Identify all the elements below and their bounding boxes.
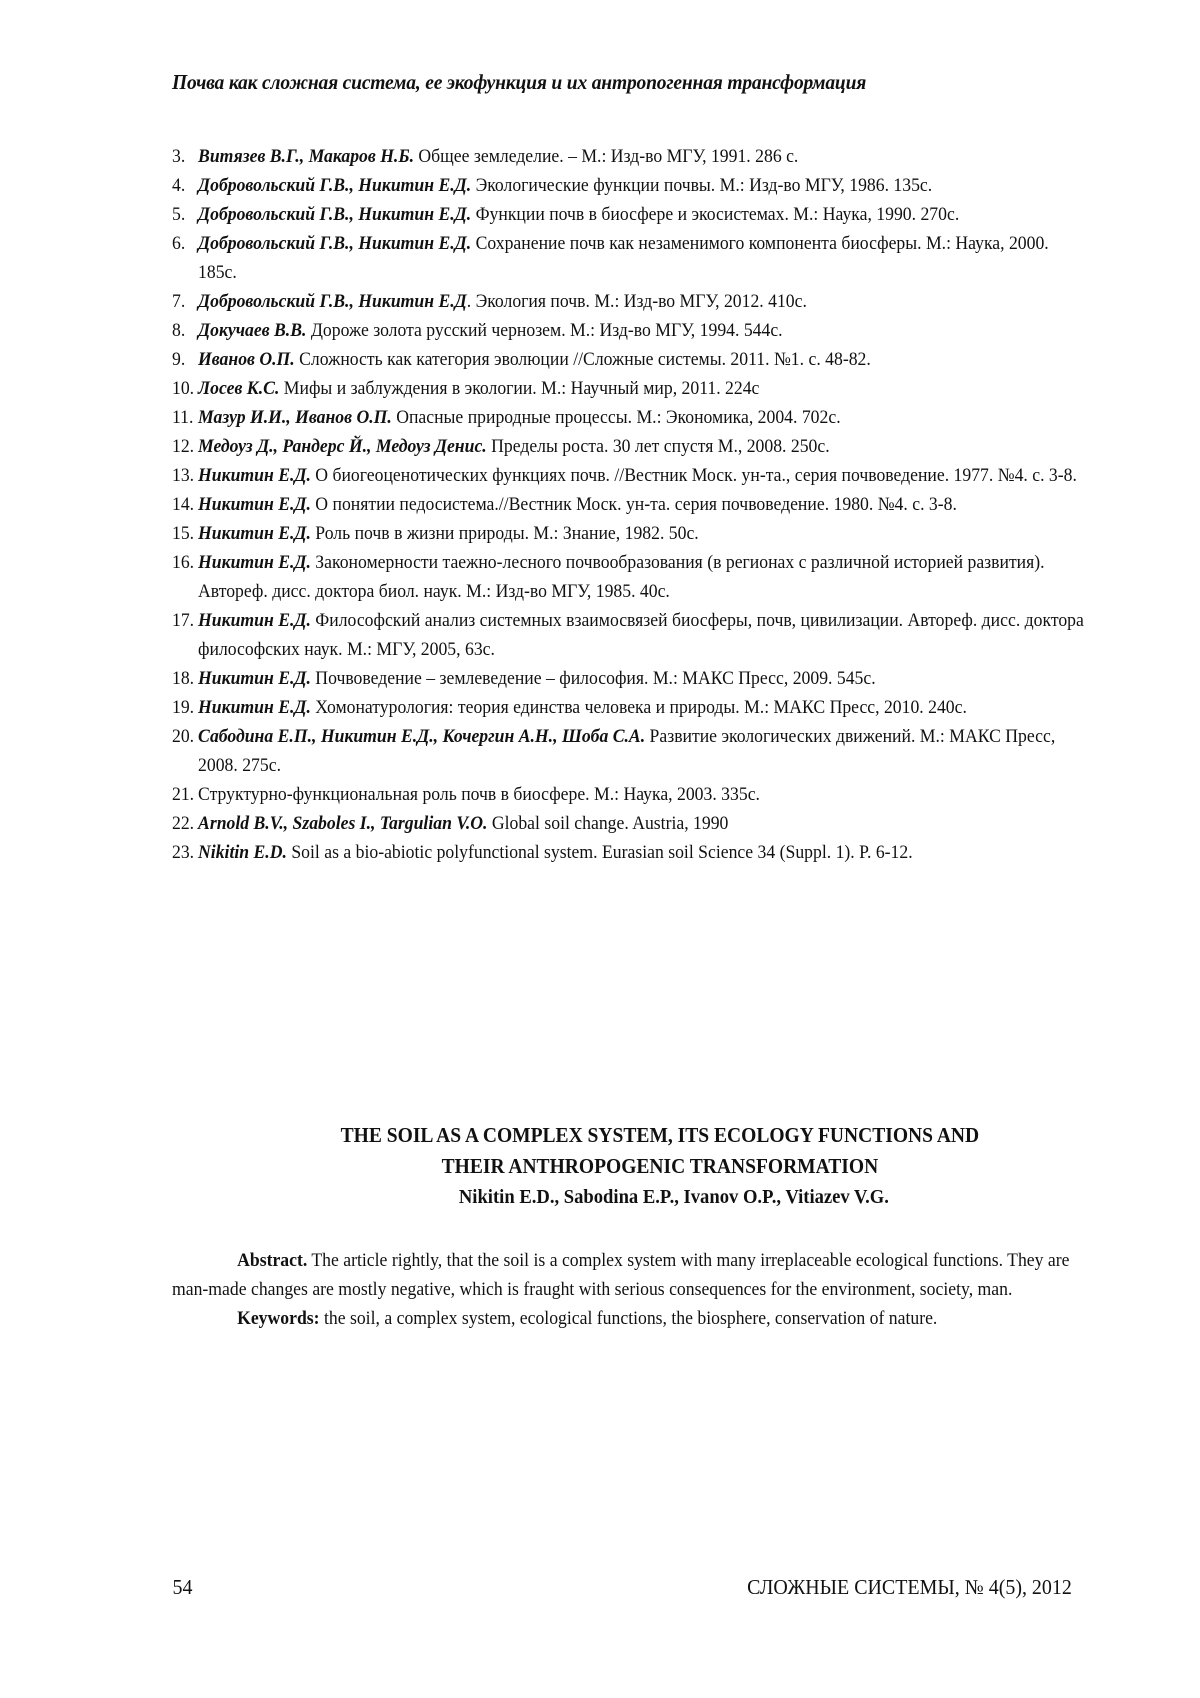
reference-text: О понятии педосистема.//Вестник Моск. ун… xyxy=(311,494,957,515)
reference-number: 20. xyxy=(172,722,194,751)
reference-item: 23.Nikitin E.D. Soil as a bio-abiotic po… xyxy=(172,838,1091,867)
reference-number: 15. xyxy=(172,519,194,548)
reference-item: 6.Добровольский Г.В., Никитин Е.Д. Сохра… xyxy=(172,229,1091,287)
reference-item: 11.Мазур И.И., Иванов О.П. Опасные приро… xyxy=(172,403,1091,432)
reference-item: 8.Докучаев В.В. Дороже золота русский че… xyxy=(172,316,1091,345)
reference-authors: Медоуз Д., Рандерс Й., Медоуз Денис. xyxy=(198,436,487,457)
reference-number: 17. xyxy=(172,606,194,635)
reference-authors: Nikitin E.D. xyxy=(198,842,287,863)
reference-number: 14. xyxy=(172,490,194,519)
reference-number: 23. xyxy=(172,838,194,867)
page-footer: 54 СЛОЖНЫЕ СИСТЕМЫ, № 4(5), 2012 xyxy=(172,1575,1072,1600)
english-summary: THE SOIL AS A COMPLEX SYSTEM, ITS ECOLOG… xyxy=(172,1120,1092,1213)
reference-item: 20.Сабодина Е.П., Никитин Е.Д., Кочергин… xyxy=(172,722,1091,780)
reference-number: 5. xyxy=(172,200,185,229)
reference-number: 4. xyxy=(172,171,185,200)
reference-item: 5.Добровольский Г.В., Никитин Е.Д. Функц… xyxy=(172,200,1091,229)
english-title-line-2: THEIR ANTHROPOGENIC TRANSFORMATION xyxy=(204,1151,1060,1182)
reference-authors: Добровольский Г.В., Никитин Е.Д xyxy=(198,291,467,312)
reference-text: Опасные природные процессы. М.: Экономик… xyxy=(392,407,841,428)
reference-authors: Добровольский Г.В., Никитин Е.Д. xyxy=(198,175,471,196)
reference-authors: Витязев В.Г., Макаров Н.Б. xyxy=(198,146,414,167)
reference-number: 16. xyxy=(172,548,194,577)
reference-text: Пределы роста. 30 лет спустя М., 2008. 2… xyxy=(487,436,830,457)
reference-authors: Никитин Е.Д. xyxy=(198,697,311,718)
reference-item: 21.Структурно-функциональная роль почв в… xyxy=(172,780,1091,809)
reference-item: 12.Медоуз Д., Рандерс Й., Медоуз Денис. … xyxy=(172,432,1091,461)
abstract-paragraph: Abstract. The article rightly, that the … xyxy=(172,1246,1074,1304)
reference-list: 3.Витязев В.Г., Макаров Н.Б. Общее земле… xyxy=(172,142,1092,867)
reference-text: Почвоведение – землеведение – философия.… xyxy=(311,668,876,689)
reference-authors: Никитин Е.Д. xyxy=(198,465,311,486)
reference-number: 11. xyxy=(172,403,193,432)
abstract-label: Abstract. xyxy=(237,1250,307,1271)
reference-text: Дороже золота русский чернозем. М.: Изд-… xyxy=(306,320,782,341)
reference-authors: Никитин Е.Д. xyxy=(198,552,311,573)
reference-number: 22. xyxy=(172,809,194,838)
reference-number: 8. xyxy=(172,316,185,345)
reference-item: 14.Никитин Е.Д. О понятии педосистема.//… xyxy=(172,490,1091,519)
reference-text: Философский анализ системных взаимосвязе… xyxy=(198,610,1084,660)
reference-item: 13.Никитин Е.Д. О биогеоценотических фун… xyxy=(172,461,1091,490)
reference-text: . Экология почв. М.: Изд-во МГУ, 2012. 4… xyxy=(467,291,807,312)
reference-authors: Добровольский Г.В., Никитин Е.Д. xyxy=(198,233,471,254)
reference-number: 13. xyxy=(172,461,194,490)
reference-authors: Мазур И.И., Иванов О.П. xyxy=(198,407,392,428)
english-title-line-1: THE SOIL AS A COMPLEX SYSTEM, ITS ECOLOG… xyxy=(204,1120,1060,1151)
reference-number: 3. xyxy=(172,142,185,171)
abstract-block: Abstract. The article rightly, that the … xyxy=(172,1246,1074,1333)
reference-text: Закономерности таежно-лесного почвообраз… xyxy=(198,552,1045,602)
reference-item: 19.Никитин Е.Д. Хомонатурология: теория … xyxy=(172,693,1091,722)
reference-text: Хомонатурология: теория единства человек… xyxy=(311,697,967,718)
reference-item: 7.Добровольский Г.В., Никитин Е.Д. Эколо… xyxy=(172,287,1091,316)
reference-text: Global soil change. Austria, 1990 xyxy=(487,813,728,834)
reference-authors: Arnold B.V., Szaboles I., Targulian V.O. xyxy=(198,813,487,834)
reference-text: О биогеоценотических функциях почв. //Ве… xyxy=(311,465,1077,486)
reference-text: Сложность как категория эволюции //Сложн… xyxy=(295,349,871,370)
reference-item: 16.Никитин Е.Д. Закономерности таежно-ле… xyxy=(172,548,1091,606)
reference-item: 22.Arnold B.V., Szaboles I., Targulian V… xyxy=(172,809,1091,838)
reference-item: 15.Никитин Е.Д. Роль почв в жизни природ… xyxy=(172,519,1091,548)
reference-text: Общее земледелие. – М.: Изд-во МГУ, 1991… xyxy=(414,146,798,167)
reference-authors: Добровольский Г.В., Никитин Е.Д. xyxy=(198,204,471,225)
abstract-text: The article rightly, that the soil is a … xyxy=(172,1250,1069,1300)
reference-item: 18.Никитин Е.Д. Почвоведение – землеведе… xyxy=(172,664,1091,693)
reference-text: Экологические функции почвы. М.: Изд-во … xyxy=(471,175,932,196)
reference-number: 10. xyxy=(172,374,194,403)
reference-text: Мифы и заблуждения в экологии. М.: Научн… xyxy=(279,378,759,399)
reference-authors: Докучаев В.В. xyxy=(198,320,306,341)
reference-text: Soil as a bio-abiotic polyfunctional sys… xyxy=(287,842,913,863)
reference-number: 18. xyxy=(172,664,194,693)
keywords-label: Keywords: xyxy=(237,1308,319,1329)
reference-authors: Лосев К.С. xyxy=(198,378,279,399)
reference-text: Структурно-функциональная роль почв в би… xyxy=(198,784,760,805)
reference-item: 4.Добровольский Г.В., Никитин Е.Д. Эколо… xyxy=(172,171,1091,200)
reference-text: Роль почв в жизни природы. М.: Знание, 1… xyxy=(311,523,699,544)
reference-authors: Никитин Е.Д. xyxy=(198,494,311,515)
reference-number: 9. xyxy=(172,345,185,374)
reference-number: 7. xyxy=(172,287,185,316)
english-authors: Nikitin E.D., Sabodina E.P., Ivanov O.P.… xyxy=(204,1182,1060,1213)
page-number: 54 xyxy=(173,1575,193,1600)
reference-number: 12. xyxy=(172,432,194,461)
journal-issue: СЛОЖНЫЕ СИСТЕМЫ, № 4(5), 2012 xyxy=(747,1575,1072,1600)
reference-number: 19. xyxy=(172,693,194,722)
reference-authors: Сабодина Е.П., Никитин Е.Д., Кочергин А.… xyxy=(198,726,645,747)
reference-item: 10.Лосев К.С. Мифы и заблуждения в эколо… xyxy=(172,374,1091,403)
reference-item: 17.Никитин Е.Д. Философский анализ систе… xyxy=(172,606,1091,664)
reference-authors: Никитин Е.Д. xyxy=(198,668,311,689)
reference-number: 6. xyxy=(172,229,185,258)
reference-text: Функции почв в биосфере и экосистемах. М… xyxy=(471,204,959,225)
reference-authors: Никитин Е.Д. xyxy=(198,523,311,544)
reference-item: 3.Витязев В.Г., Макаров Н.Б. Общее земле… xyxy=(172,142,1091,171)
running-title: Почва как сложная система, ее экофункция… xyxy=(172,70,1009,95)
keywords-text: the soil, a complex system, ecological f… xyxy=(320,1308,938,1329)
reference-authors: Иванов О.П. xyxy=(198,349,295,370)
reference-item: 9.Иванов О.П. Сложность как категория эв… xyxy=(172,345,1091,374)
reference-authors: Никитин Е.Д. xyxy=(198,610,311,631)
reference-number: 21. xyxy=(172,780,194,809)
keywords-paragraph: Keywords: the soil, a complex system, ec… xyxy=(172,1304,1074,1333)
